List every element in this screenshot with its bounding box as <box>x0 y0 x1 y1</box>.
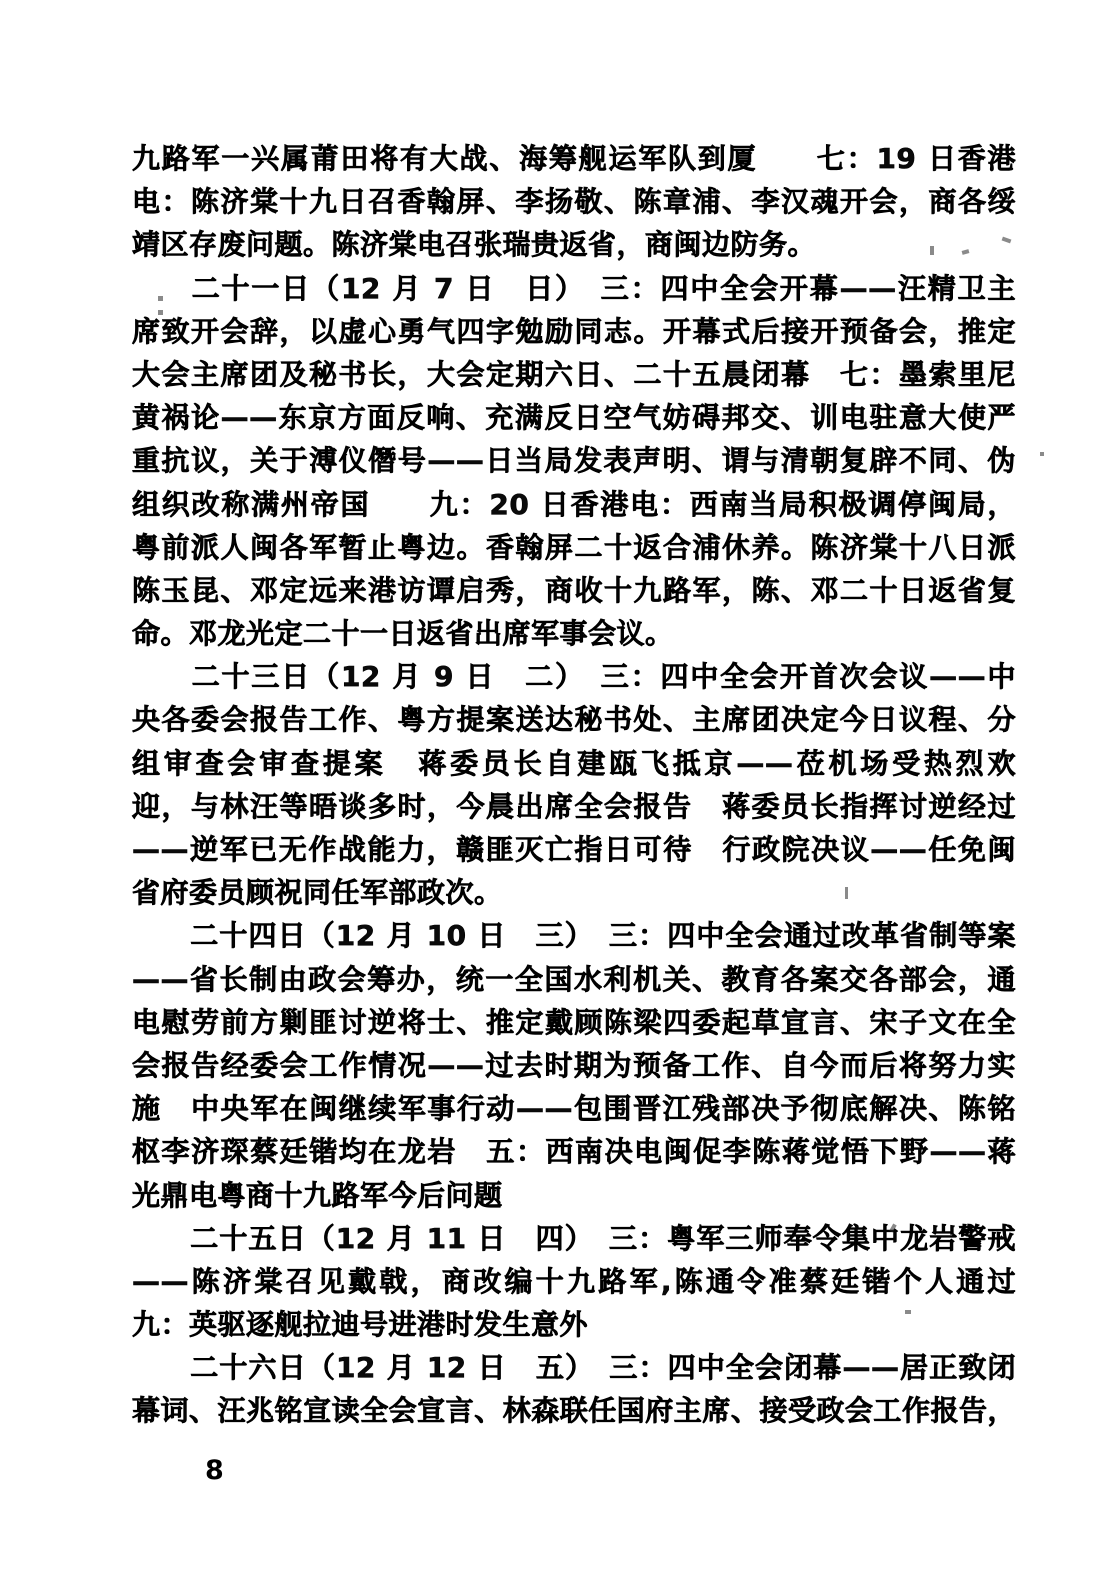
text-line: 电：陈济棠十九日召香翰屏、李扬敬、陈章浦、李汉魂开会，商各绥 <box>132 180 1016 223</box>
text-line: 二十六日（12 月 12 日 五） 三：四中全会闭幕——居正致闭 <box>132 1346 1016 1389</box>
text-line: 迎，与林汪等晤谈多时，今晨出席全会报告 蒋委员长指挥讨逆经过 <box>132 785 1016 828</box>
text-line: 重抗议，关于溥仪僭号——日当局发表声明、谓与清朝复辟不同、伪 <box>132 439 1016 482</box>
scan-artifact <box>1040 452 1044 456</box>
scanned-book-page: 九路军一兴属莆田将有大战、海筹舰运军队到厦 七：19 日香港电：陈济棠十九日召香… <box>0 0 1117 1569</box>
text-line: 九：英驱逐舰拉迪号进港时发生意外 <box>132 1303 1016 1346</box>
text-line: 九路军一兴属莆田将有大战、海筹舰运军队到厦 七：19 日香港 <box>132 137 1016 180</box>
text-line: 组审查会审查提案 蒋委员长自建瓯飞抵京——莅机场受热烈欢 <box>132 742 1016 785</box>
text-line: 二十一日（12 月 7 日 日） 三：四中全会开幕——汪精卫主 <box>132 267 1016 310</box>
text-line: 靖区存废问题。陈济棠电召张瑞贵返省，商闽边防务。 <box>132 223 1016 266</box>
text-line: ——逆军已无作战能力，赣匪灭亡指日可待 行政院决议——任免闽 <box>132 828 1016 871</box>
scan-artifact <box>930 246 934 255</box>
text-line: 粤前派人闽各军暂止粤边。香翰屏二十返合浦休养。陈济棠十八日派 <box>132 526 1016 569</box>
text-line: 大会主席团及秘书长，大会定期六日、二十五晨闭幕 七：墨索里尼 <box>132 353 1016 396</box>
page-text-block: 九路军一兴属莆田将有大战、海筹舰运军队到厦 七：19 日香港电：陈济棠十九日召香… <box>132 137 1016 1433</box>
text-line: 施 中央军在闽继续军事行动——包围晋江残部决予彻底解决、陈铭 <box>132 1087 1016 1130</box>
text-line: 陈玉昆、邓定远来港访谭启秀，商收十九路军，陈、邓二十日返省复 <box>132 569 1016 612</box>
text-line: 命。邓龙光定二十一日返省出席军事会议。 <box>132 612 1016 655</box>
scan-artifact <box>158 310 163 315</box>
scan-artifact <box>905 1310 911 1314</box>
text-line: 二十四日（12 月 10 日 三） 三：四中全会通过改革省制等案 <box>132 914 1016 957</box>
scan-artifact <box>845 887 848 899</box>
text-line: 幕词、汪兆铭宣读全会宣言、林森联任国府主席、接受政会工作报告， <box>132 1389 1016 1432</box>
text-line: 二十五日（12 月 11 日 四） 三：粤军三师奉令集中龙岩警戒 <box>132 1217 1016 1260</box>
page-number: 8 <box>205 1455 224 1486</box>
text-line: ——陈济棠召见戴戟，商改编十九路军,陈通令准蔡廷锴个人通过 <box>132 1260 1016 1303</box>
text-line: ——省长制由政会筹办，统一全国水利机关、教育各案交各部会，通 <box>132 958 1016 1001</box>
text-line: 席致开会辞，以虚心勇气四字勉励同志。开幕式后接开预备会，推定 <box>132 310 1016 353</box>
text-line: 省府委员顾祝同任军部政次。 <box>132 871 1016 914</box>
scan-artifact <box>158 296 163 301</box>
text-line: 组织改称满州帝国 九：20 日香港电：西南当局积极调停闽局， <box>132 483 1016 526</box>
text-line: 枢李济琛蔡廷锴均在龙岩 五：西南决电闽促李陈蒋觉悟下野——蒋 <box>132 1130 1016 1173</box>
text-line: 黄祸论——东京方面反响、充满反日空气妨碍邦交、训电驻意大使严 <box>132 396 1016 439</box>
text-line: 电慰劳前方剿匪讨逆将士、推定戴顾陈梁四委起草宣言、宋子文在全 <box>132 1001 1016 1044</box>
text-line: 央各委会报告工作、粤方提案送达秘书处、主席团决定今日议程、分 <box>132 698 1016 741</box>
text-line: 会报告经委会工作情况——过去时期为预备工作、自今而后将努力实 <box>132 1044 1016 1087</box>
text-line: 二十三日（12 月 9 日 二） 三：四中全会开首次会议——中 <box>132 655 1016 698</box>
text-line: 光鼎电粤商十九路军今后问题 <box>132 1174 1016 1217</box>
